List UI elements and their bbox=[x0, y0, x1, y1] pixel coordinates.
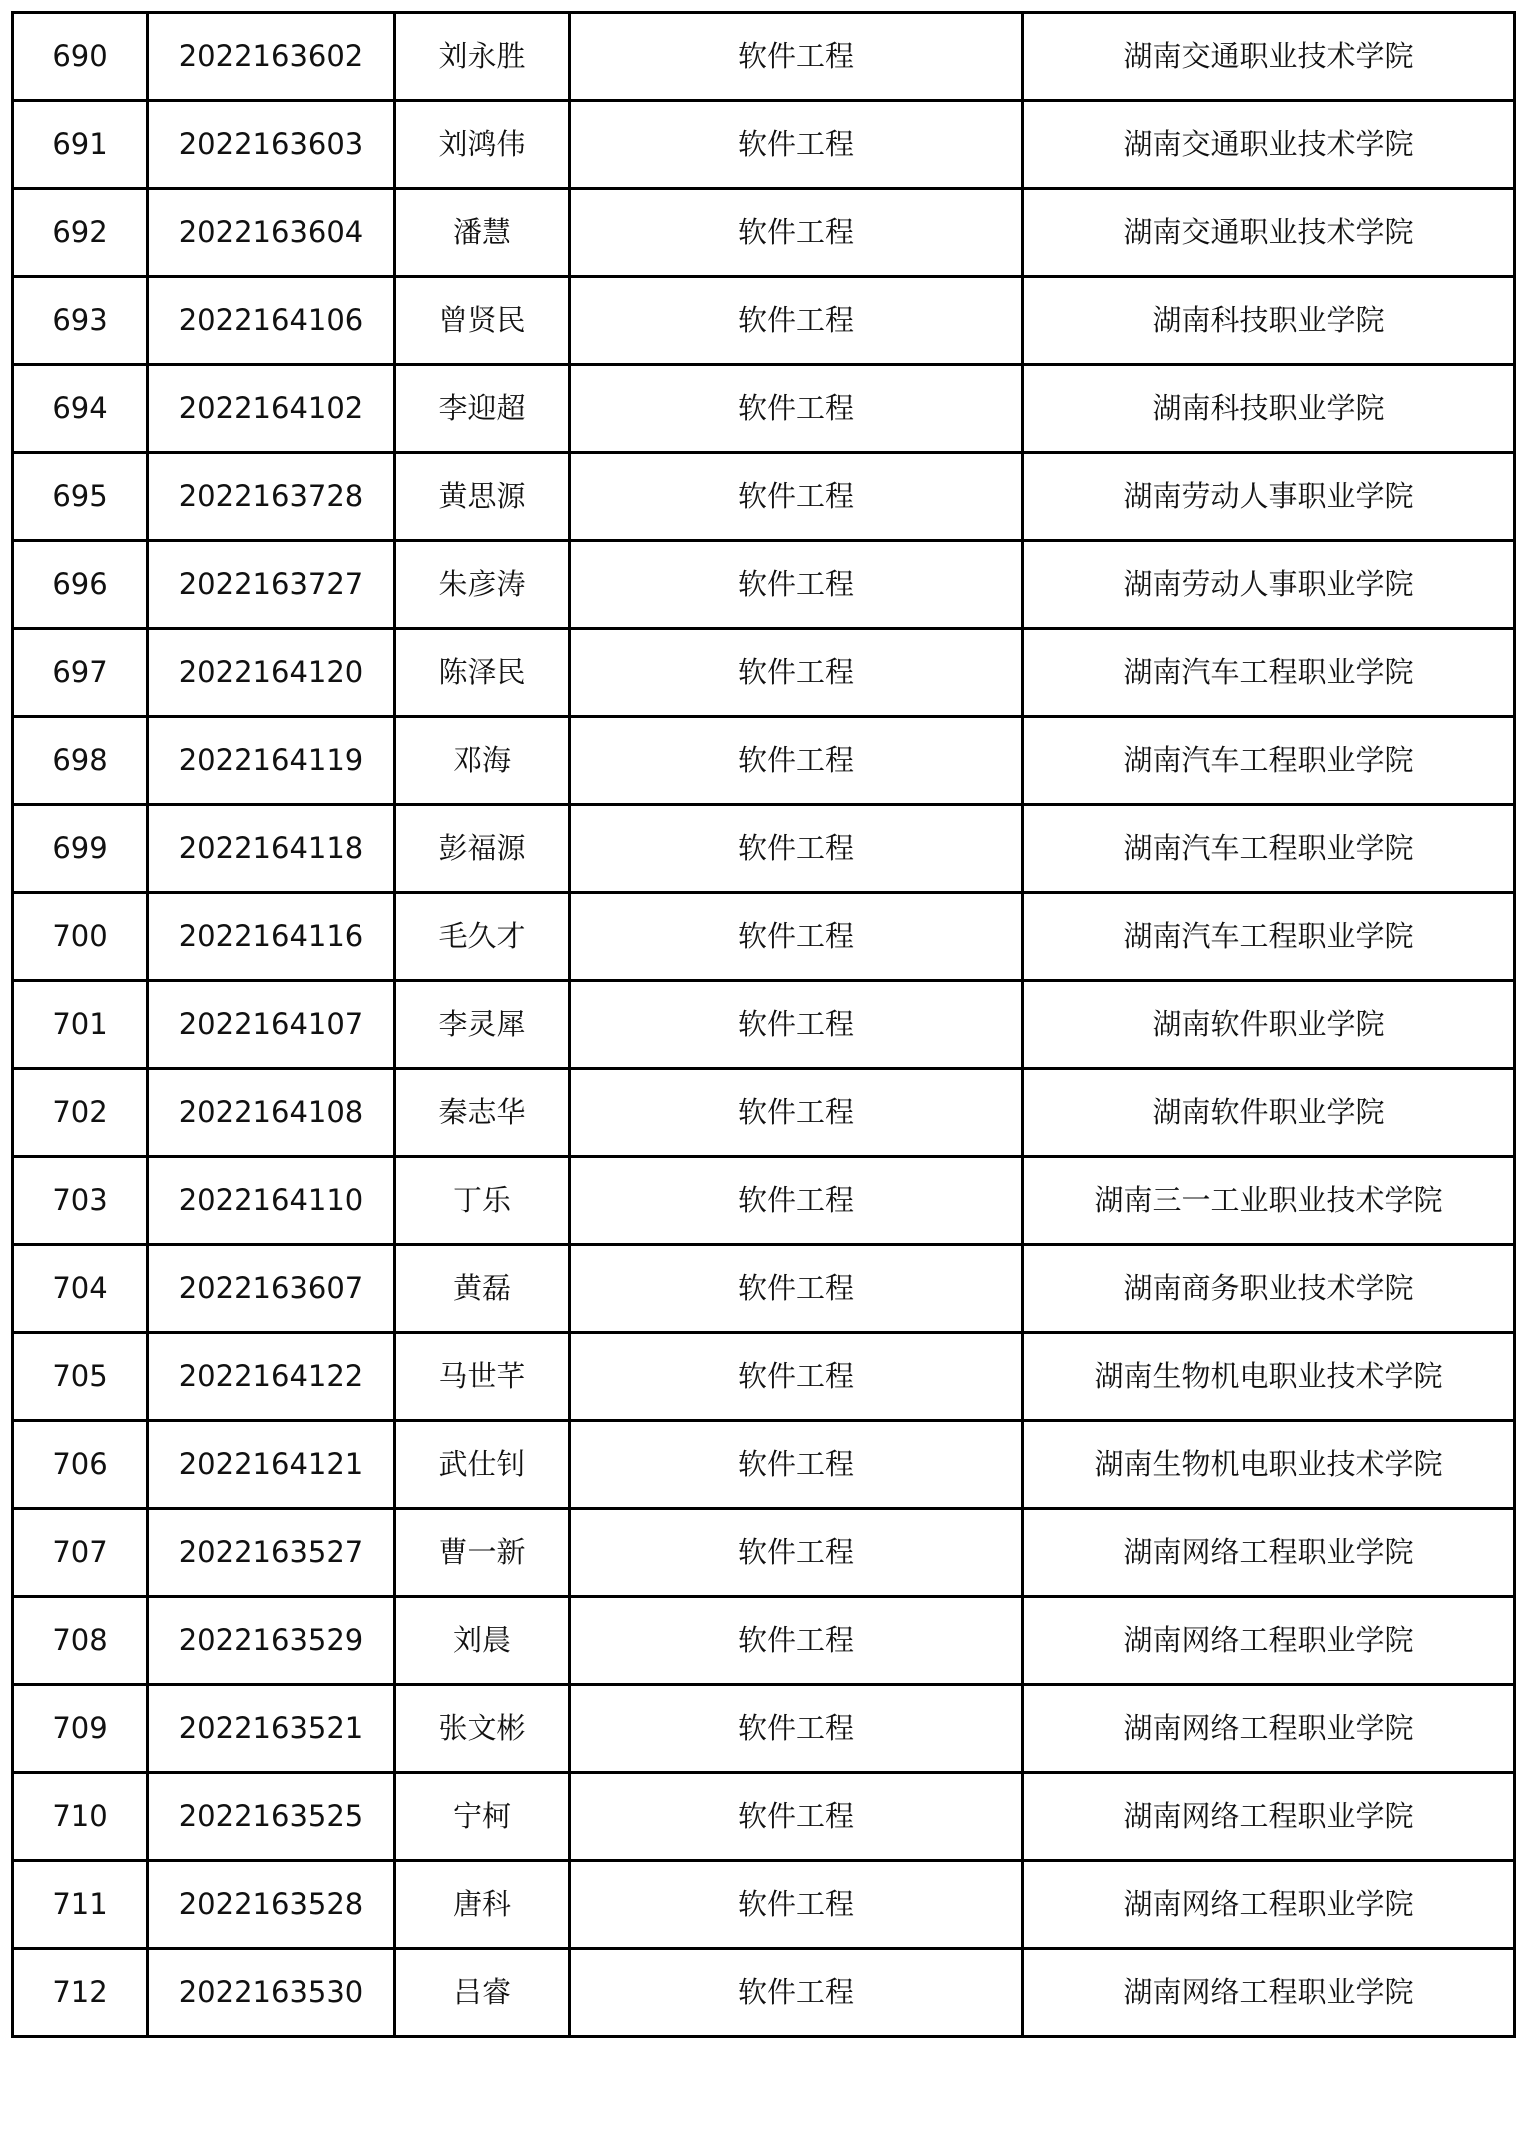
major-cell: 软件工程 bbox=[570, 805, 1023, 893]
name-cell: 黄磊 bbox=[395, 1245, 570, 1333]
student-id-cell: 2022164118 bbox=[148, 805, 395, 893]
major-cell: 软件工程 bbox=[570, 13, 1023, 101]
school-cell: 湖南生物机电职业技术学院 bbox=[1023, 1333, 1515, 1421]
name-cell: 武仕钊 bbox=[395, 1421, 570, 1509]
student-roster-table: 6902022163602刘永胜软件工程湖南交通职业技术学院 691202216… bbox=[11, 11, 1516, 2038]
major-cell: 软件工程 bbox=[570, 1861, 1023, 1949]
school-cell: 湖南交通职业技术学院 bbox=[1023, 101, 1515, 189]
table-row: 6942022164102李迎超软件工程湖南科技职业学院 bbox=[13, 365, 1515, 453]
school-cell: 湖南网络工程职业学院 bbox=[1023, 1861, 1515, 1949]
table-row: 7052022164122马世芊软件工程湖南生物机电职业技术学院 bbox=[13, 1333, 1515, 1421]
student-id-cell: 2022163527 bbox=[148, 1509, 395, 1597]
row-number-cell: 705 bbox=[13, 1333, 148, 1421]
major-cell: 软件工程 bbox=[570, 453, 1023, 541]
school-cell: 湖南汽车工程职业学院 bbox=[1023, 717, 1515, 805]
name-cell: 丁乐 bbox=[395, 1157, 570, 1245]
name-cell: 刘永胜 bbox=[395, 13, 570, 101]
school-cell: 湖南商务职业技术学院 bbox=[1023, 1245, 1515, 1333]
row-number-cell: 707 bbox=[13, 1509, 148, 1597]
row-number-cell: 700 bbox=[13, 893, 148, 981]
row-number-cell: 703 bbox=[13, 1157, 148, 1245]
school-cell: 湖南汽车工程职业学院 bbox=[1023, 805, 1515, 893]
school-cell: 湖南科技职业学院 bbox=[1023, 277, 1515, 365]
name-cell: 李迎超 bbox=[395, 365, 570, 453]
table-row: 6972022164120陈泽民软件工程湖南汽车工程职业学院 bbox=[13, 629, 1515, 717]
major-cell: 软件工程 bbox=[570, 1773, 1023, 1861]
table-row: 7082022163529刘晨软件工程湖南网络工程职业学院 bbox=[13, 1597, 1515, 1685]
student-id-cell: 2022163521 bbox=[148, 1685, 395, 1773]
major-cell: 软件工程 bbox=[570, 1949, 1023, 2037]
student-id-cell: 2022164119 bbox=[148, 717, 395, 805]
row-number-cell: 694 bbox=[13, 365, 148, 453]
major-cell: 软件工程 bbox=[570, 1333, 1023, 1421]
name-cell: 毛久才 bbox=[395, 893, 570, 981]
name-cell: 吕睿 bbox=[395, 1949, 570, 2037]
major-cell: 软件工程 bbox=[570, 717, 1023, 805]
row-number-cell: 691 bbox=[13, 101, 148, 189]
school-cell: 湖南网络工程职业学院 bbox=[1023, 1773, 1515, 1861]
name-cell: 潘慧 bbox=[395, 189, 570, 277]
name-cell: 彭福源 bbox=[395, 805, 570, 893]
school-cell: 湖南网络工程职业学院 bbox=[1023, 1685, 1515, 1773]
name-cell: 曹一新 bbox=[395, 1509, 570, 1597]
major-cell: 软件工程 bbox=[570, 981, 1023, 1069]
major-cell: 软件工程 bbox=[570, 1421, 1023, 1509]
name-cell: 李灵犀 bbox=[395, 981, 570, 1069]
table-row: 6992022164118彭福源软件工程湖南汽车工程职业学院 bbox=[13, 805, 1515, 893]
table-row: 7002022164116毛久才软件工程湖南汽车工程职业学院 bbox=[13, 893, 1515, 981]
school-cell: 湖南劳动人事职业学院 bbox=[1023, 541, 1515, 629]
table-row: 7092022163521张文彬软件工程湖南网络工程职业学院 bbox=[13, 1685, 1515, 1773]
table-row: 6952022163728黄思源软件工程湖南劳动人事职业学院 bbox=[13, 453, 1515, 541]
student-id-cell: 2022164106 bbox=[148, 277, 395, 365]
school-cell: 湖南汽车工程职业学院 bbox=[1023, 893, 1515, 981]
row-number-cell: 711 bbox=[13, 1861, 148, 1949]
row-number-cell: 699 bbox=[13, 805, 148, 893]
name-cell: 唐科 bbox=[395, 1861, 570, 1949]
major-cell: 软件工程 bbox=[570, 1597, 1023, 1685]
student-id-cell: 2022163603 bbox=[148, 101, 395, 189]
major-cell: 软件工程 bbox=[570, 1245, 1023, 1333]
table-row: 7122022163530吕睿软件工程湖南网络工程职业学院 bbox=[13, 1949, 1515, 2037]
row-number-cell: 695 bbox=[13, 453, 148, 541]
school-cell: 湖南软件职业学院 bbox=[1023, 1069, 1515, 1157]
row-number-cell: 706 bbox=[13, 1421, 148, 1509]
row-number-cell: 690 bbox=[13, 13, 148, 101]
row-number-cell: 693 bbox=[13, 277, 148, 365]
table-row: 7022022164108秦志华软件工程湖南软件职业学院 bbox=[13, 1069, 1515, 1157]
school-cell: 湖南三一工业职业技术学院 bbox=[1023, 1157, 1515, 1245]
table-row: 7042022163607黄磊软件工程湖南商务职业技术学院 bbox=[13, 1245, 1515, 1333]
student-id-cell: 2022164107 bbox=[148, 981, 395, 1069]
name-cell: 张文彬 bbox=[395, 1685, 570, 1773]
major-cell: 软件工程 bbox=[570, 1157, 1023, 1245]
name-cell: 邓海 bbox=[395, 717, 570, 805]
major-cell: 软件工程 bbox=[570, 629, 1023, 717]
row-number-cell: 698 bbox=[13, 717, 148, 805]
table-row: 6982022164119邓海软件工程湖南汽车工程职业学院 bbox=[13, 717, 1515, 805]
school-cell: 湖南交通职业技术学院 bbox=[1023, 13, 1515, 101]
major-cell: 软件工程 bbox=[570, 541, 1023, 629]
name-cell: 黄思源 bbox=[395, 453, 570, 541]
row-number-cell: 692 bbox=[13, 189, 148, 277]
table-row: 7072022163527曹一新软件工程湖南网络工程职业学院 bbox=[13, 1509, 1515, 1597]
student-id-cell: 2022163530 bbox=[148, 1949, 395, 2037]
school-cell: 湖南交通职业技术学院 bbox=[1023, 189, 1515, 277]
student-id-cell: 2022164108 bbox=[148, 1069, 395, 1157]
school-cell: 湖南网络工程职业学院 bbox=[1023, 1949, 1515, 2037]
major-cell: 软件工程 bbox=[570, 893, 1023, 981]
major-cell: 软件工程 bbox=[570, 189, 1023, 277]
student-id-cell: 2022163604 bbox=[148, 189, 395, 277]
student-id-cell: 2022163607 bbox=[148, 1245, 395, 1333]
name-cell: 陈泽民 bbox=[395, 629, 570, 717]
row-number-cell: 702 bbox=[13, 1069, 148, 1157]
name-cell: 朱彦涛 bbox=[395, 541, 570, 629]
student-id-cell: 2022164120 bbox=[148, 629, 395, 717]
table-row: 6902022163602刘永胜软件工程湖南交通职业技术学院 bbox=[13, 13, 1515, 101]
school-cell: 湖南网络工程职业学院 bbox=[1023, 1597, 1515, 1685]
student-id-cell: 2022163728 bbox=[148, 453, 395, 541]
table-row: 7062022164121武仕钊软件工程湖南生物机电职业技术学院 bbox=[13, 1421, 1515, 1509]
row-number-cell: 708 bbox=[13, 1597, 148, 1685]
student-id-cell: 2022164116 bbox=[148, 893, 395, 981]
student-id-cell: 2022164121 bbox=[148, 1421, 395, 1509]
table-row: 6962022163727朱彦涛软件工程湖南劳动人事职业学院 bbox=[13, 541, 1515, 629]
row-number-cell: 696 bbox=[13, 541, 148, 629]
student-id-cell: 2022164122 bbox=[148, 1333, 395, 1421]
name-cell: 刘鸿伟 bbox=[395, 101, 570, 189]
student-id-cell: 2022164110 bbox=[148, 1157, 395, 1245]
student-id-cell: 2022163529 bbox=[148, 1597, 395, 1685]
table-row: 7032022164110丁乐软件工程湖南三一工业职业技术学院 bbox=[13, 1157, 1515, 1245]
school-cell: 湖南网络工程职业学院 bbox=[1023, 1509, 1515, 1597]
school-cell: 湖南生物机电职业技术学院 bbox=[1023, 1421, 1515, 1509]
table-row: 7112022163528唐科软件工程湖南网络工程职业学院 bbox=[13, 1861, 1515, 1949]
name-cell: 刘晨 bbox=[395, 1597, 570, 1685]
table-row: 7012022164107李灵犀软件工程湖南软件职业学院 bbox=[13, 981, 1515, 1069]
name-cell: 马世芊 bbox=[395, 1333, 570, 1421]
row-number-cell: 712 bbox=[13, 1949, 148, 2037]
major-cell: 软件工程 bbox=[570, 1069, 1023, 1157]
student-id-cell: 2022163525 bbox=[148, 1773, 395, 1861]
school-cell: 湖南汽车工程职业学院 bbox=[1023, 629, 1515, 717]
table-row: 6912022163603刘鸿伟软件工程湖南交通职业技术学院 bbox=[13, 101, 1515, 189]
student-id-cell: 2022163727 bbox=[148, 541, 395, 629]
table-row: 6932022164106曾贤民软件工程湖南科技职业学院 bbox=[13, 277, 1515, 365]
major-cell: 软件工程 bbox=[570, 277, 1023, 365]
major-cell: 软件工程 bbox=[570, 1509, 1023, 1597]
major-cell: 软件工程 bbox=[570, 101, 1023, 189]
name-cell: 宁柯 bbox=[395, 1773, 570, 1861]
row-number-cell: 709 bbox=[13, 1685, 148, 1773]
student-id-cell: 2022164102 bbox=[148, 365, 395, 453]
school-cell: 湖南科技职业学院 bbox=[1023, 365, 1515, 453]
student-id-cell: 2022163602 bbox=[148, 13, 395, 101]
row-number-cell: 697 bbox=[13, 629, 148, 717]
major-cell: 软件工程 bbox=[570, 1685, 1023, 1773]
school-cell: 湖南软件职业学院 bbox=[1023, 981, 1515, 1069]
name-cell: 秦志华 bbox=[395, 1069, 570, 1157]
row-number-cell: 710 bbox=[13, 1773, 148, 1861]
roster-body: 6902022163602刘永胜软件工程湖南交通职业技术学院 691202216… bbox=[13, 13, 1515, 2037]
table-row: 6922022163604潘慧软件工程湖南交通职业技术学院 bbox=[13, 189, 1515, 277]
school-cell: 湖南劳动人事职业学院 bbox=[1023, 453, 1515, 541]
student-id-cell: 2022163528 bbox=[148, 1861, 395, 1949]
row-number-cell: 704 bbox=[13, 1245, 148, 1333]
table-row: 7102022163525宁柯软件工程湖南网络工程职业学院 bbox=[13, 1773, 1515, 1861]
name-cell: 曾贤民 bbox=[395, 277, 570, 365]
major-cell: 软件工程 bbox=[570, 365, 1023, 453]
row-number-cell: 701 bbox=[13, 981, 148, 1069]
